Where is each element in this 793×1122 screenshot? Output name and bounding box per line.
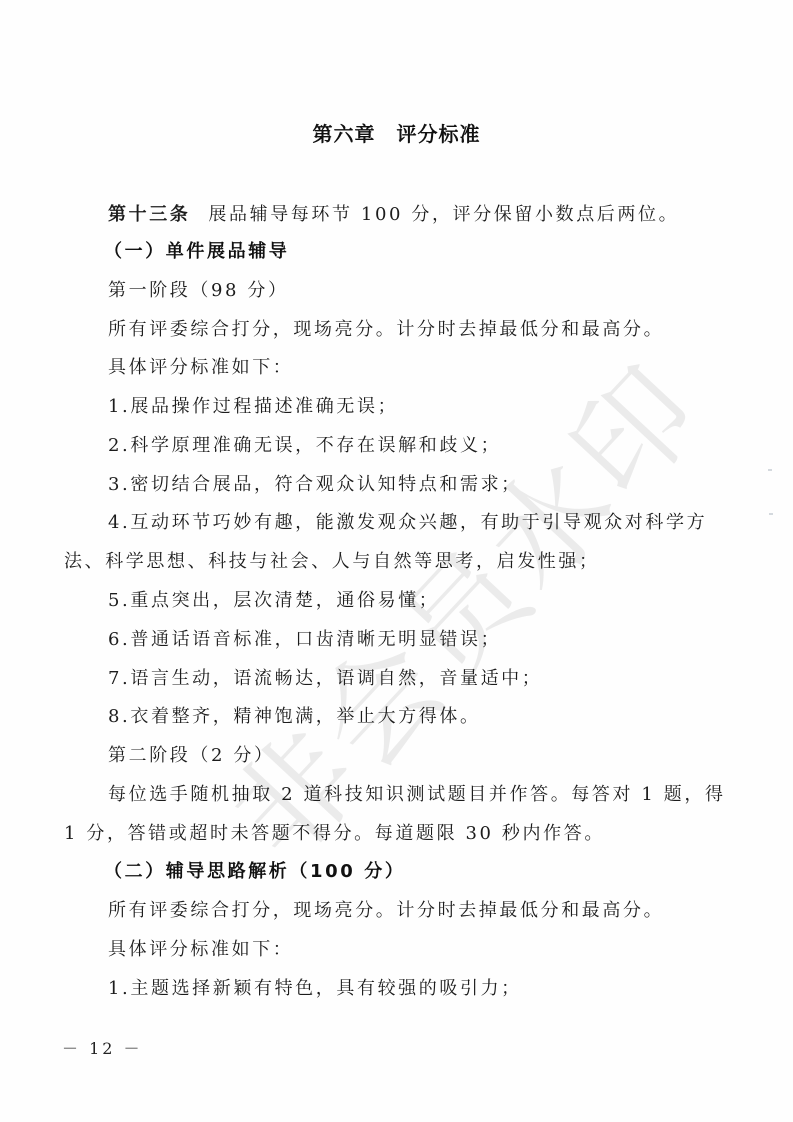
criterion-item-continuation: 法、科学思想、科技与社会、人与自然等思考，启发性强； xyxy=(64,550,600,574)
criterion-item: 4.互动环节巧妙有趣，能激发观众兴趣，有助于引导观众对科学方 xyxy=(108,511,707,535)
criterion-item: 7.语言生动，语流畅达，语调自然，音量适中； xyxy=(108,667,542,691)
section-heading-2: （二）辅导思路解析（100 分） xyxy=(104,860,405,884)
criterion-item: 1.主题选择新颖有特色，具有较强的吸引力； xyxy=(108,977,522,1001)
scan-artifact xyxy=(768,469,772,471)
criterion-item: 2.科学原理准确无误，不存在误解和歧义； xyxy=(108,434,501,458)
article-13: 第十三条展品辅导每环节 100 分，评分保留小数点后两位。 xyxy=(108,203,679,227)
page-number: － 12 － xyxy=(62,1036,143,1059)
stage1-intro: 所有评委综合打分，现场亮分。计分时去掉最低分和最高分。 xyxy=(108,318,664,342)
stage2-text: 每位选手随机抽取 2 道科技知识测试题目并作答。每答对 1 题，得 xyxy=(108,783,726,807)
criterion-item: 1.展品操作过程描述准确无误； xyxy=(108,395,398,419)
scan-artifact xyxy=(769,513,773,515)
criteria-intro-2: 具体评分标准如下： xyxy=(108,938,293,962)
criterion-item: 3.密切结合展品，符合观众认知特点和需求； xyxy=(108,473,522,497)
criterion-item: 6.普通话语音标准，口齿清晰无明显错误； xyxy=(108,628,501,652)
document-page: 非会员水印 第六章 评分标准 第十三条展品辅导每环节 100 分，评分保留小数点… xyxy=(0,0,793,1122)
stage2-text-continuation: 1 分，答错或超时未答题不得分。每道题限 30 秒内作答。 xyxy=(64,822,605,846)
article-text: 展品辅导每环节 100 分，评分保留小数点后两位。 xyxy=(208,204,679,225)
stage2-title: 第二阶段（2 分） xyxy=(108,744,275,768)
section2-intro: 所有评委综合打分，现场亮分。计分时去掉最低分和最高分。 xyxy=(108,899,664,923)
chapter-title: 第六章 评分标准 xyxy=(0,118,793,147)
stage1-title: 第一阶段（98 分） xyxy=(108,279,289,303)
criteria-intro-1: 具体评分标准如下： xyxy=(108,356,293,380)
criterion-item: 5.重点突出，层次清楚，通俗易懂； xyxy=(108,589,439,613)
section-heading-1: （一）单件展品辅导 xyxy=(104,240,289,264)
criterion-item: 8.衣着整齐，精神饱满，举止大方得体。 xyxy=(108,705,481,729)
article-label: 第十三条 xyxy=(108,204,190,225)
